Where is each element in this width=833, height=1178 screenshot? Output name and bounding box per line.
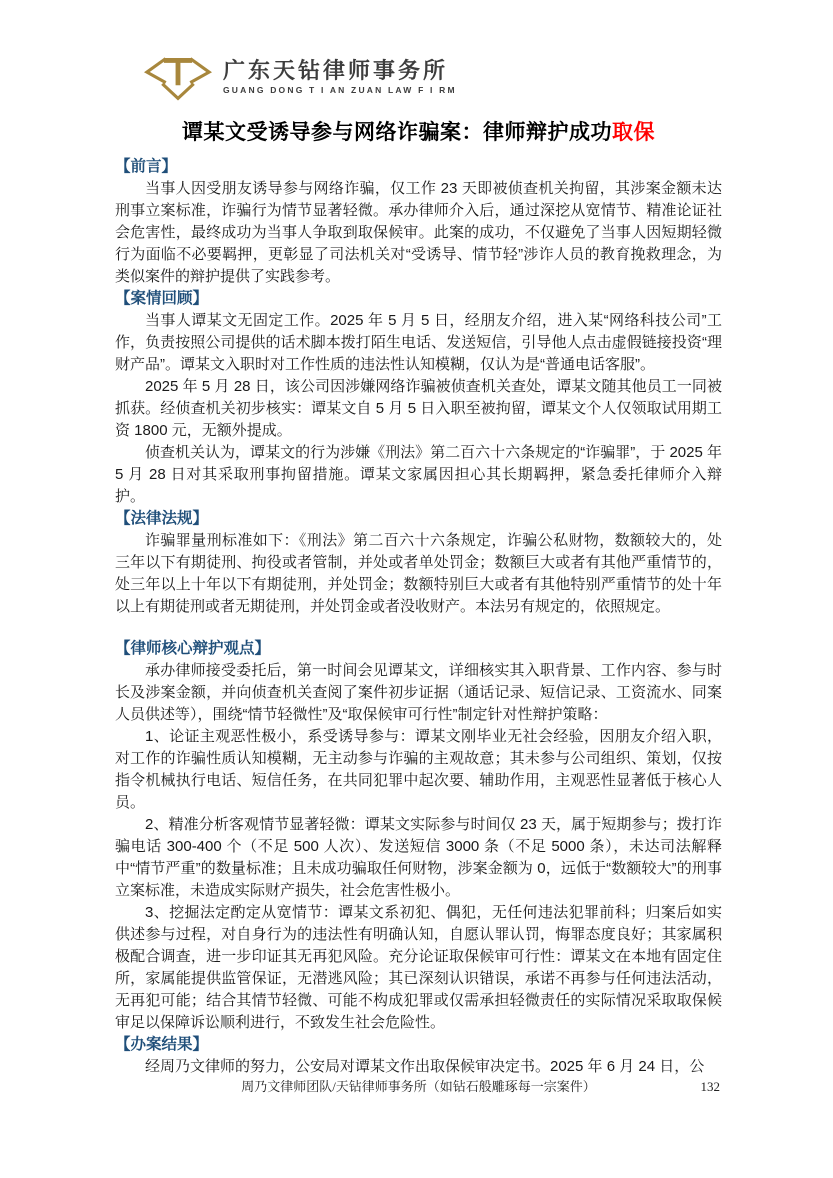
paragraph: 当事人因受朋友诱导参与网络诈骗，仅工作 23 天即被侦查机关拘留，其涉案金额未达… [115,178,722,288]
paragraph: 承办律师接受委托后，第一时间会见谭某文，详细核实其入职背景、工作内容、参与时长及… [115,660,722,726]
footer-text: 周乃文律师团队/天钻律师事务所（如钻石般雕琢每一宗案件） [115,1076,722,1098]
paragraph: 1、论证主观恶性极小，系受诱导参与：谭某文刚毕业无社会经验，因朋友介绍入职，对工… [115,726,722,814]
section-case-result: 【办案结果】 经周乃文律师的努力，公安局对谭某文作出取保候审决定书。2025 年… [115,1034,722,1078]
logo-name-cn: 广东天钻律师事务所 [223,59,457,83]
paragraph: 3、挖掘法定酌定从宽情节：谭某文系初犯、偶犯，无任何违法犯罪前科；归案后如实供述… [115,902,722,1034]
paragraph: 侦查机关认为，谭某文的行为涉嫌《刑法》第二百六十六条规定的“诈骗罪”，于 202… [115,442,722,508]
title-highlight: 取保 [612,121,655,144]
section-heading-case-review: 【案情回顾】 [115,288,722,310]
paragraph: 2025 年 5 月 28 日，该公司因涉嫌网络诈骗被侦查机关查处，谭某文随其他… [115,376,722,442]
section-heading-preface: 【前言】 [115,156,722,178]
section-heading-defense-points: 【律师核心辩护观点】 [115,638,722,660]
section-heading-case-result: 【办案结果】 [115,1034,722,1056]
title-main: 谭某文受诱导参与网络诈骗案：律师辩护成功 [182,121,612,144]
diamond-t-icon [143,52,213,102]
logo-name-en: GUANG DONG T I AN ZUAN LAW F I RM [223,85,457,95]
page-footer: 周乃文律师团队/天钻律师事务所（如钻石般雕琢每一宗案件） 132 [115,1076,722,1098]
paragraph: 诈骗罪量刑标准如下：《刑法》第二百六十六条规定，诈骗公私财物，数额较大的，处三年… [115,530,722,618]
logo-text: 广东天钻律师事务所 GUANG DONG T I AN ZUAN LAW F I… [223,59,457,95]
section-preface: 【前言】 当事人因受朋友诱导参与网络诈骗，仅工作 23 天即被侦查机关拘留，其涉… [115,156,722,288]
page-title: 谭某文受诱导参与网络诈骗案：律师辩护成功取保 [115,118,722,148]
document-content: 【前言】 当事人因受朋友诱导参与网络诈骗，仅工作 23 天即被侦查机关拘留，其涉… [115,156,722,1078]
section-defense-points: 【律师核心辩护观点】 承办律师接受委托后，第一时间会见谭某文，详细核实其入职背景… [115,638,722,1034]
document-page: 广东天钻律师事务所 GUANG DONG T I AN ZUAN LAW F I… [0,0,833,1178]
section-case-review: 【案情回顾】 当事人谭某文无固定工作。2025 年 5 月 5 日，经朋友介绍，… [115,288,722,508]
law-firm-logo: 广东天钻律师事务所 GUANG DONG T I AN ZUAN LAW F I… [143,48,722,106]
paragraph: 当事人谭某文无固定工作。2025 年 5 月 5 日，经朋友介绍，进入某“网络科… [115,310,722,376]
section-heading-laws: 【法律法规】 [115,508,722,530]
paragraph: 2、精准分析客观情节显著轻微：谭某文实际参与时间仅 23 天，属于短期参与；拨打… [115,814,722,902]
section-laws: 【法律法规】 诈骗罪量刑标准如下：《刑法》第二百六十六条规定，诈骗公私财物，数额… [115,508,722,618]
paragraph: 经周乃文律师的努力，公安局对谭某文作出取保候审决定书。2025 年 6 月 24… [115,1056,722,1078]
page-number: 132 [701,1076,721,1098]
